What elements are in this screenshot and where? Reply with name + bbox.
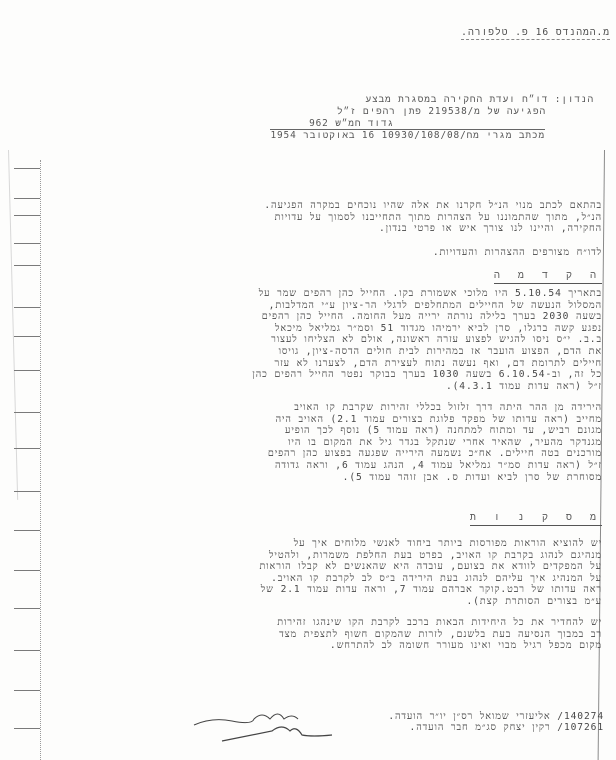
text-line: מחייב (ראה עדותו של מפקד פלוגת בצורים עמ…	[276, 414, 602, 426]
margin-tick	[14, 336, 40, 337]
text-line: בשעה 2030 בערך בלילה נורתה ירייה מעל החו…	[262, 311, 602, 323]
margin-line	[40, 160, 41, 760]
text-line: נפגע קשה ברגלו, סרן לביא ירמיהו מגדוד 51…	[275, 323, 602, 335]
margin-tick	[14, 491, 40, 492]
section-title-conclusions: מ ס ק נ ו ת	[470, 512, 602, 526]
text-line: הנ״ל, מתוך שהתמוננו על הצהרות מתוך התחיי…	[275, 212, 602, 224]
scanned-document-page: מ.המהנדס 16 פ. טלפורה. הנדון: דו״ח ועדת …	[0, 0, 616, 760]
margin-tick	[14, 168, 40, 169]
margin-tick	[14, 370, 40, 371]
margin-tick	[14, 608, 40, 609]
subject-line-4: מכתב מגרי מח/10930/108/08 16 באוקטובר 19…	[270, 129, 545, 141]
margin-tick	[14, 690, 40, 691]
text-line: בהתאם לכתב מנוי הנ״ל חקרנו את אלה שהיו נ…	[264, 200, 602, 212]
margin-tick	[14, 530, 40, 531]
margin-tick	[14, 265, 40, 266]
text-line: בתאריך 5.10.54 היו מלוכי אשמורת בקו. החי…	[259, 288, 602, 300]
text-line: על המפקדים לוודא את בצועם, עובדה היא שהא…	[259, 561, 602, 573]
text-line: ב.ב. י״ס ניסו להגיש לפצוע עזרה ראשונה, א…	[271, 334, 602, 346]
attachments-note: לדו״ח מצורפים ההצהרות והעדויות.	[433, 247, 602, 259]
text-line: המסלול הנעשה של החיילים המתחלפים לדגלי ה…	[269, 300, 602, 312]
top-reference: מ.המהנדס 16 פ. טלפורה.	[461, 27, 610, 40]
section-title-introduction: ה ק ד מ ה	[494, 270, 602, 284]
subject-line-2: הפגיעה של מ/219538 פתן רהפים ז״ל	[337, 106, 546, 117]
signature-scribble	[192, 705, 352, 745]
text-line: יש להוציא הוראות מפורסות ביותר ביחוד לאנ…	[294, 538, 602, 550]
text-line: כל זה, וב-6.10.54 בשעה 1030 בערך בבוקר נ…	[252, 369, 602, 381]
subject-line-3: גדוד חמ״ש 962	[309, 118, 394, 129]
margin-tick	[14, 728, 40, 729]
text-line: רב במבוך הנסיעה בעת בלשנם, לזרות שהמקום …	[279, 629, 602, 641]
text-line: מגונם רביש, עד ומתוח למתחנה (ראה עמוד 5)…	[285, 425, 602, 437]
text-line: חיילים לתרומת דם, ואף נעשה נתוח לעצירת ה…	[274, 358, 602, 370]
text-line: ז״ל (ראה עדות סמ״ר גמליאל עמוד 4, הנהג ע…	[275, 460, 602, 472]
margin-tick	[14, 570, 40, 571]
margin-tick	[14, 243, 40, 244]
text-line: על המנהיג איך עליהם לנהוג בעת הירידה ב״ס…	[271, 573, 602, 585]
subject-line-1: הנדון: דו״ח ועדת החקירה במסגרת מבצע	[365, 94, 594, 105]
margin-tick	[14, 412, 40, 413]
text-line: את הדם, הפצוע הועבר אז במהירות לבית חולי…	[279, 346, 602, 358]
margin-tick	[14, 198, 40, 199]
signature-line: 107261/ רקין יצחק סג״מ חבר הועדה.	[410, 722, 604, 734]
text-line: מנהיגם לנהוג בקרבת קו האויב, בפרט בעת הח…	[269, 550, 602, 562]
text-line: מגנדקר מהעיר, שהאיר אחרי שנתקל בגדר גיל …	[288, 437, 602, 449]
margin-tick	[14, 307, 40, 308]
text-line: ז״ל (ראה עדות עמוד 4.3.1).	[446, 381, 602, 393]
text-line: מסוחרת של סרן לביא ועדות ס. אבן זוהר עמו…	[343, 472, 602, 484]
text-line: החקירה, והיינו לנו צורך איש או פרטי בנדו…	[379, 223, 602, 235]
text-line: ראה עדותו של רבט.קוקר אברהם עמוד 7, וראה…	[261, 584, 602, 596]
text-line: ע״מ בצורים הסותרת קצת).	[466, 596, 602, 608]
margin-tick	[14, 215, 40, 216]
margin-tick	[14, 448, 40, 449]
text-line: הירידה מן ההר היתה דרך זלזול בכללי זהירו…	[294, 402, 602, 414]
text-line: יש להחדיר את כל היחידות הבאות ברכב לקרבת…	[277, 617, 602, 629]
text-line: מקום מכפל רגיל מבוי ואינו מעורר חשומה לב…	[330, 640, 602, 652]
text-line: מורכנים בטה חיילים. אח״כ נשמעה הירייה שפ…	[268, 448, 602, 460]
margin-tick	[14, 650, 40, 651]
